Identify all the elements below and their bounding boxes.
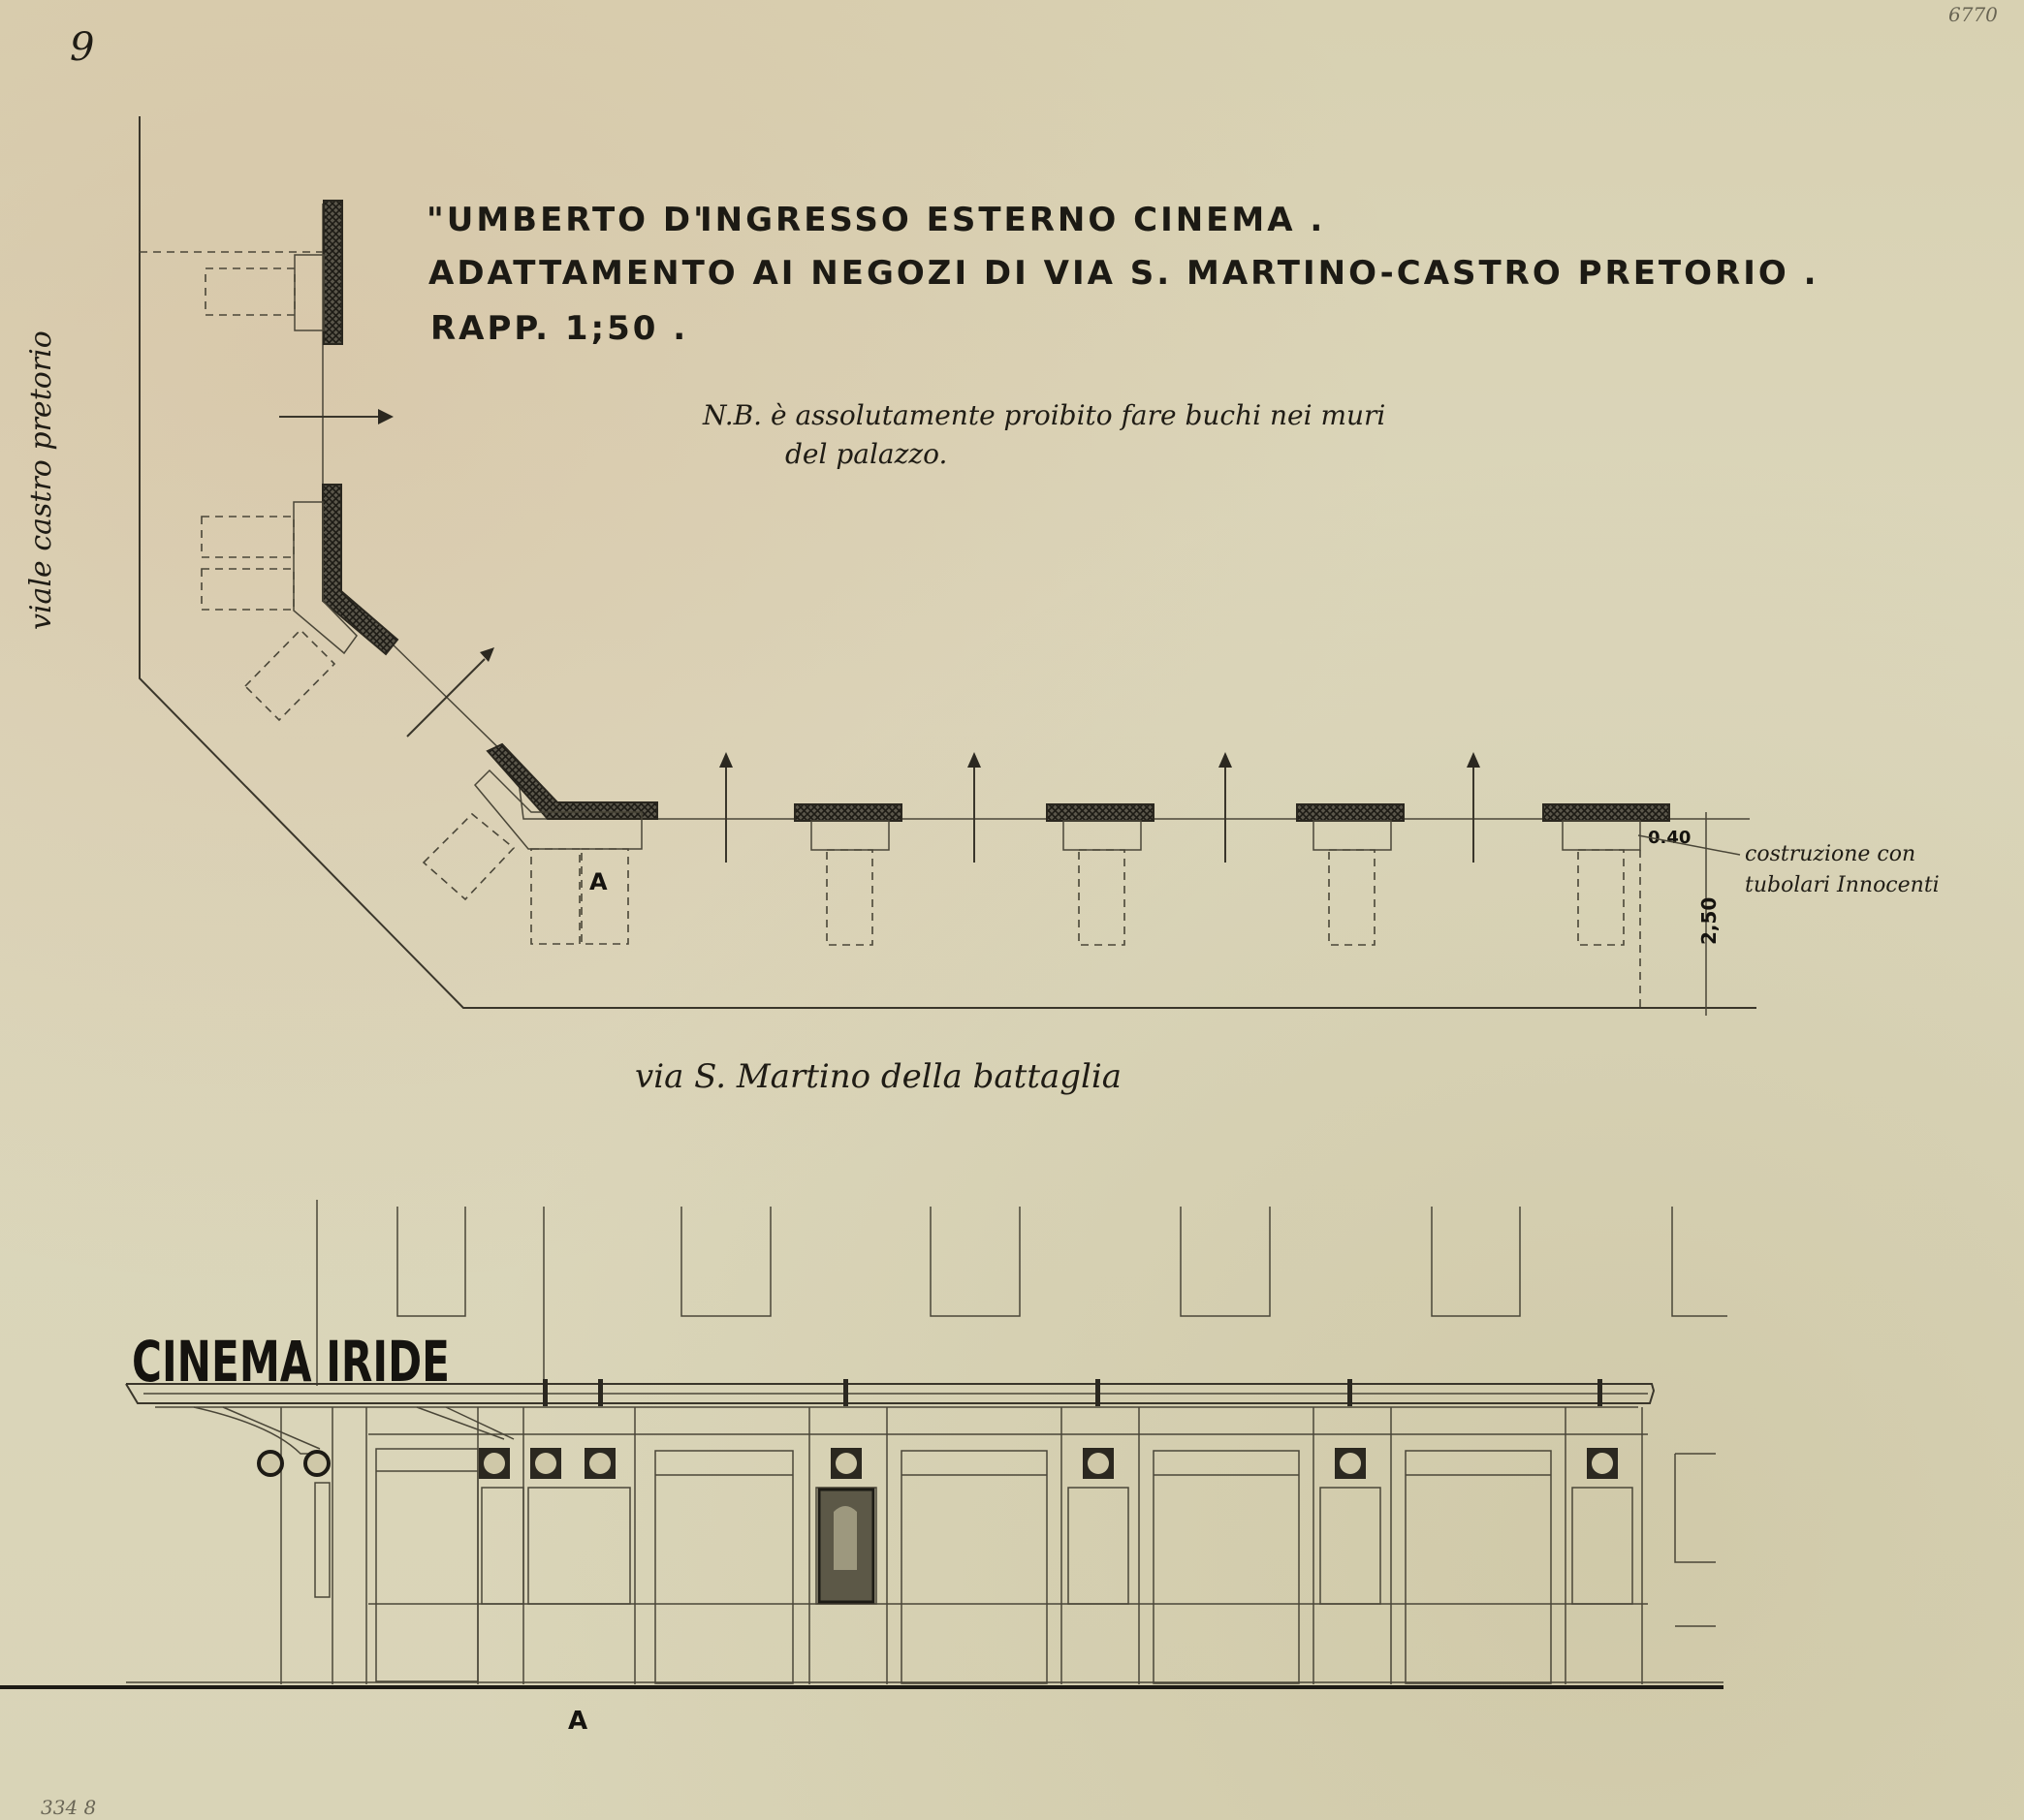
elevation-section-marker: A [568, 1707, 587, 1736]
plan-bay [1047, 804, 1154, 945]
facade-line [323, 204, 1750, 819]
wall-hatch [324, 201, 342, 344]
plan-outline [140, 116, 1756, 1008]
title-line-2: ADATTAMENTO AI NEGOZI DI VIA S. MARTINO-… [428, 254, 1819, 293]
title-scale: RAPP. 1;50 . [430, 309, 688, 348]
construction-note-1: costruzione con [1745, 842, 1915, 866]
arrow-up-icon [967, 752, 981, 768]
corner-mark: 6770 [1948, 3, 1998, 26]
archive-number: 334 8 [41, 1796, 96, 1819]
drawing-sheet: 9 6770 334 8 "UMBERTO D" INGRESSO ESTERN… [0, 0, 2024, 1820]
architectural-drawing: 9 6770 334 8 "UMBERTO D" INGRESSO ESTERN… [0, 0, 2024, 1820]
title-subject: INGRESSO ESTERNO CINEMA . [700, 201, 1325, 239]
arrow-right-icon [378, 409, 394, 424]
lamps [259, 1448, 1618, 1479]
title-block: "UMBERTO D" INGRESSO ESTERNO CINEMA . AD… [427, 201, 1819, 348]
arrow-up-icon [719, 752, 733, 768]
arrow-up-icon [1467, 752, 1480, 768]
title-project: "UMBERTO D" [427, 201, 713, 239]
street-label-left: viale castro pretorio [24, 330, 58, 630]
elevation-view: CINEMA IRIDE [0, 1200, 1727, 1736]
note-line-1: N.B. è assolutamente proibito fare buchi… [702, 399, 1385, 431]
arrow-diagonal-icon [480, 647, 494, 662]
plan-bay [1297, 804, 1404, 945]
page-number: 9 [70, 25, 94, 70]
plan-bay [795, 804, 901, 945]
note-block: N.B. è assolutamente proibito fare buchi… [702, 399, 1385, 470]
upper-windows [317, 1200, 1727, 1386]
wall-hatch-bay-1 [488, 744, 657, 819]
note-line-2: del palazzo. [785, 438, 947, 470]
street-label-bottom: via S. Martino della battaglia [635, 1057, 1122, 1096]
plan-section-marker: A [589, 868, 608, 895]
wall-hatch-corner [323, 485, 397, 654]
construction-note-2: tubolari Innocenti [1745, 873, 1940, 897]
dimension-height: 2,50 [1697, 897, 1721, 945]
arrow-up-icon [1218, 752, 1232, 768]
